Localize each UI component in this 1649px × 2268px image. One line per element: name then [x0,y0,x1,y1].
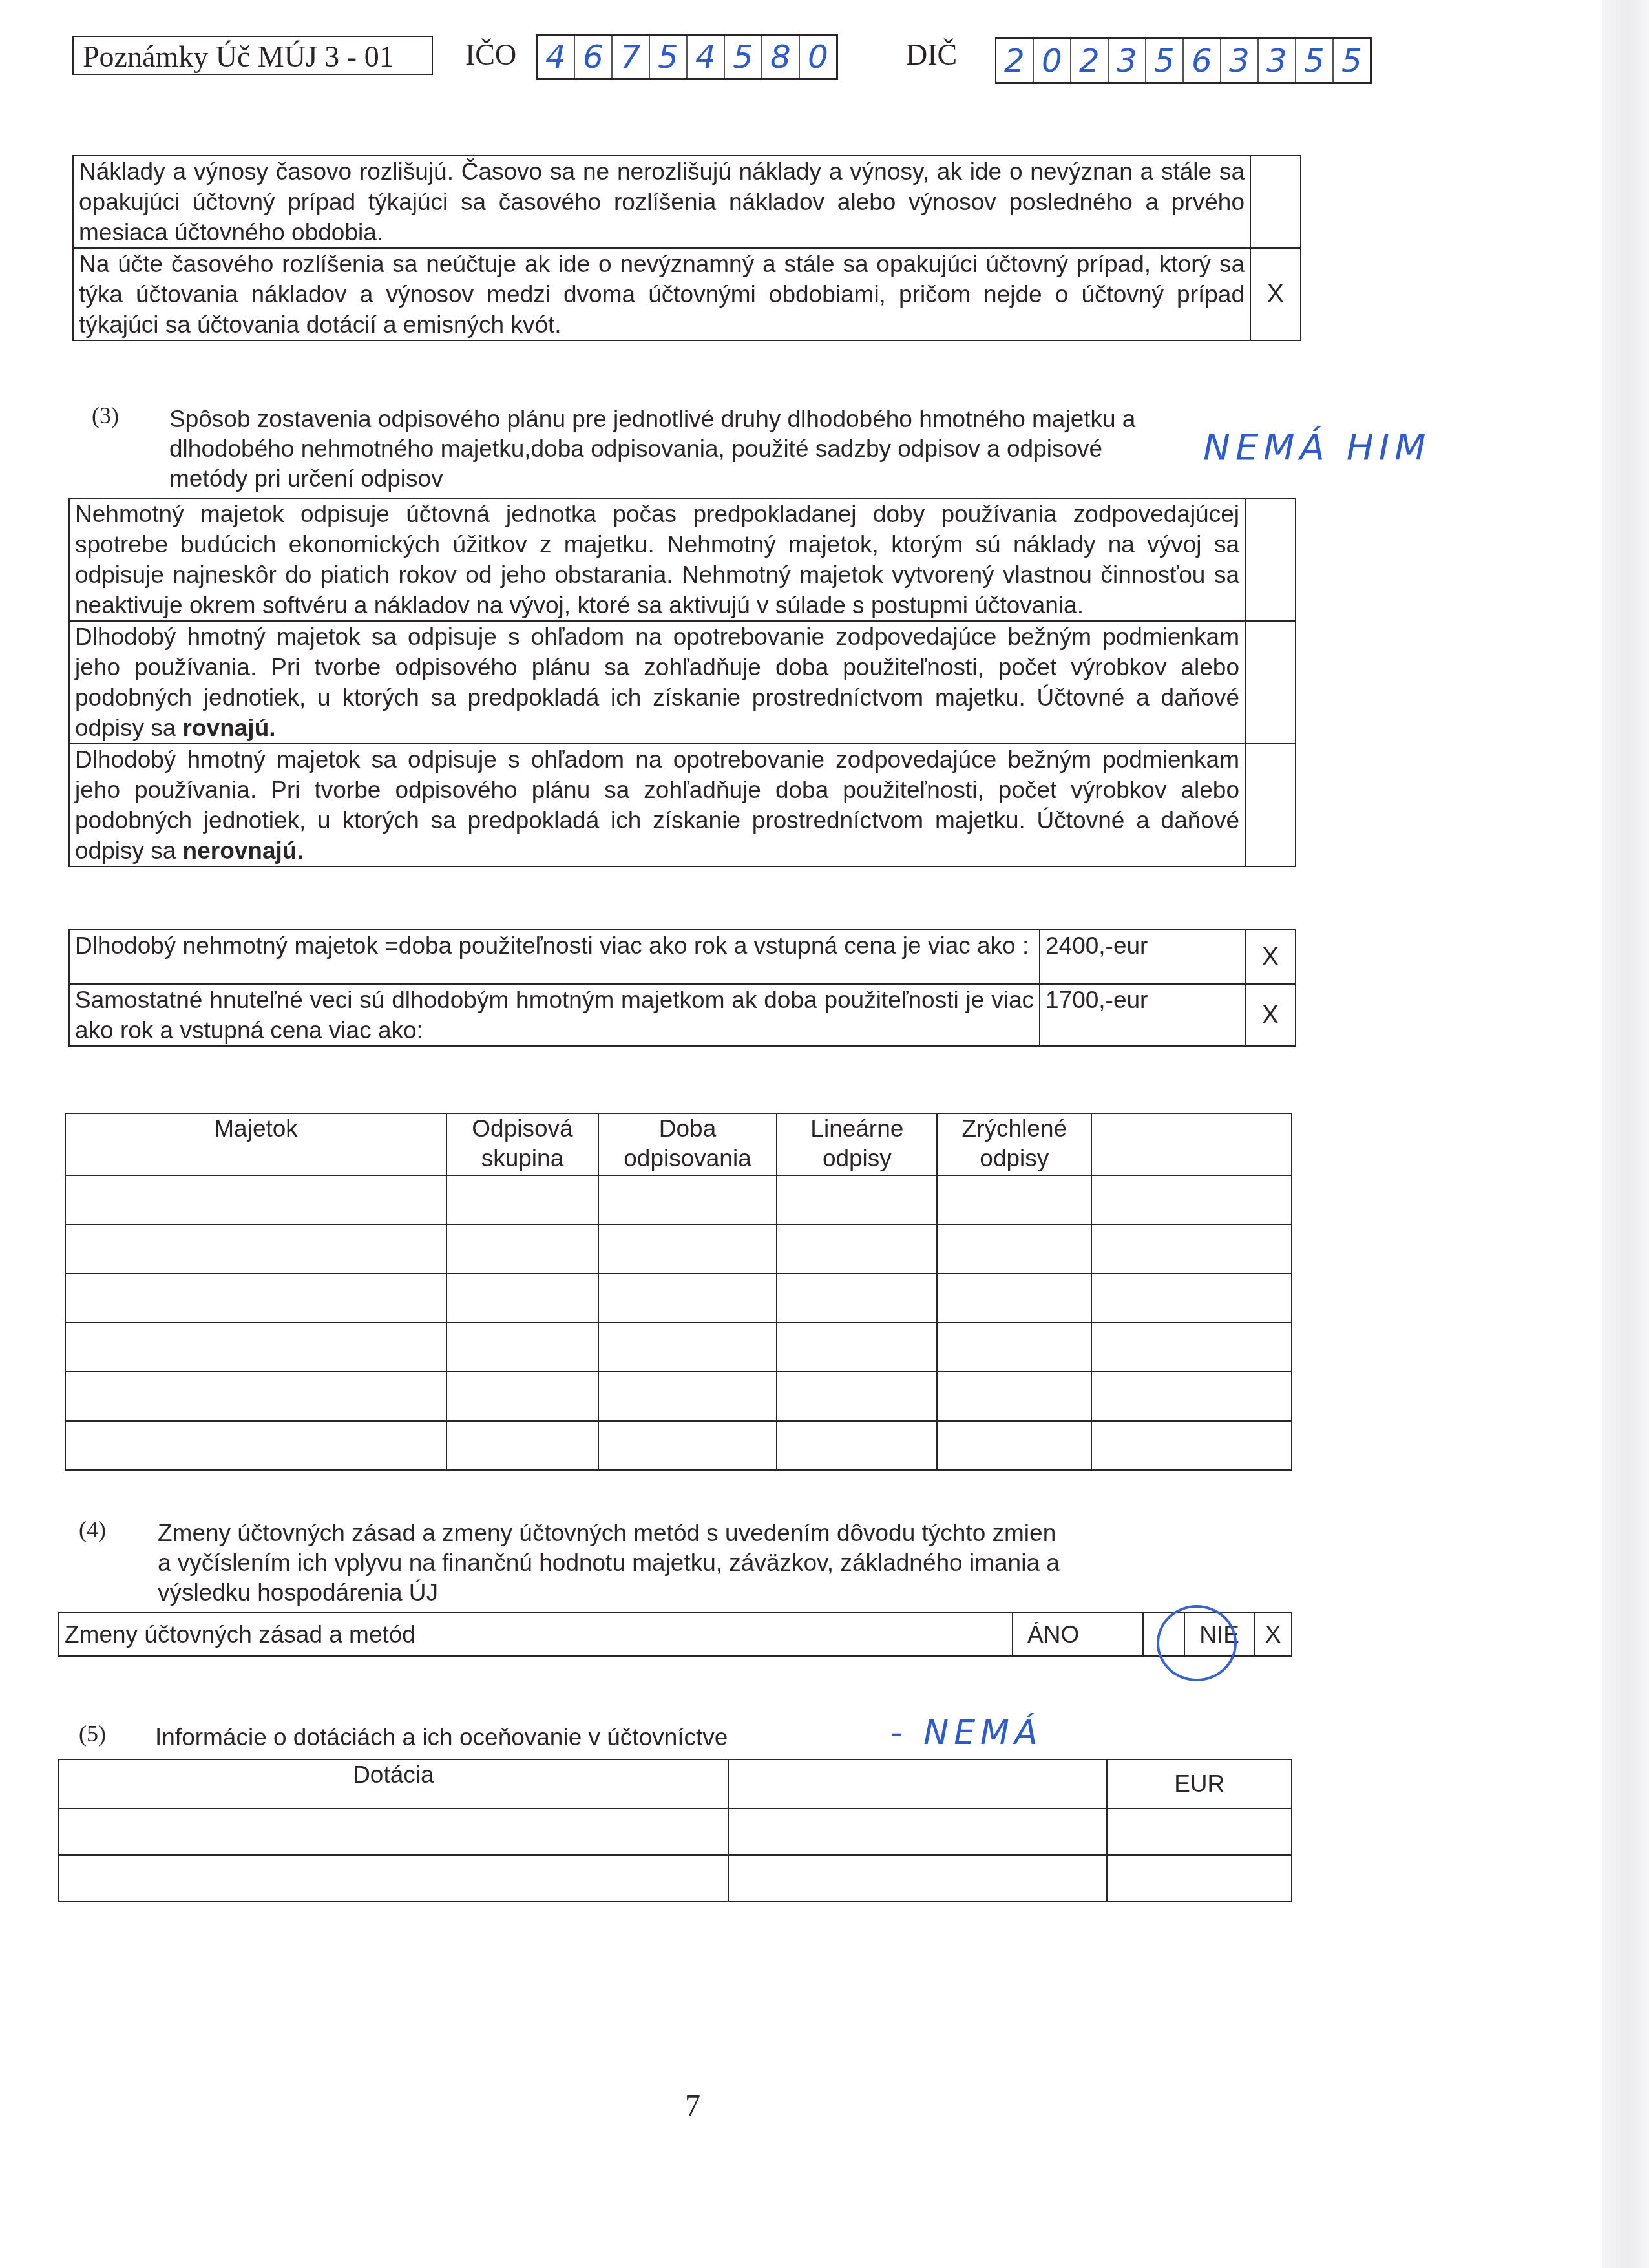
asset-cell[interactable] [777,1274,937,1323]
column-header: Dotácia [59,1759,728,1809]
column-header: Zrýchlené odpisy [937,1113,1091,1175]
accrual-account-mark[interactable]: X [1250,248,1301,341]
subsidy-cell[interactable] [1107,1809,1292,1855]
policy-text: Dlhodobý hmotný majetok sa odpisuje s oh… [69,744,1245,866]
threshold-mark[interactable]: X [1245,930,1296,984]
column-header: Doba odpisovania [598,1113,777,1175]
section-4-number: (4) [79,1516,106,1543]
threshold-table: Dlhodobý nehmotný majetok =doba použiteľ… [68,929,1296,1047]
asset-cell[interactable] [1091,1421,1292,1470]
option-yes-label: ÁNO [1013,1612,1143,1656]
asset-cell[interactable] [1091,1372,1292,1421]
dic-digit[interactable]: 0 [1033,39,1070,82]
section-4-title: Zmeny účtovných zásad a zmeny účtovných … [158,1518,1075,1608]
asset-cell[interactable] [65,1323,446,1372]
table-row [65,1323,1292,1372]
table-row: Nehmotný majetok odpisuje účtovná jednot… [69,498,1296,621]
dic-digit[interactable]: 3 [1108,39,1145,82]
changes-label: Zmeny účtovných zásad a metód [59,1612,1013,1656]
dic-digit[interactable]: 3 [1257,39,1295,82]
policy-mark[interactable] [1245,498,1296,621]
ico-digit[interactable]: 0 [799,36,836,78]
dic-field[interactable]: 2023563355 [995,37,1372,84]
asset-cell[interactable] [598,1421,777,1470]
column-header [728,1759,1108,1809]
asset-cell[interactable] [937,1175,1091,1224]
table-row: Samostatné hnuteľné veci sú dlhodobým hm… [69,984,1296,1046]
dic-digit[interactable]: 5 [1332,39,1370,82]
asset-cell[interactable] [446,1421,598,1470]
policy-text: Nehmotný majetok odpisuje účtovná jednot… [69,498,1245,621]
table-row [65,1372,1292,1421]
scan-edge-shadow [1602,0,1649,2268]
subsidy-table: DotáciaEUR [58,1759,1292,1902]
ico-digit[interactable]: 4 [538,36,574,78]
policy-text: Dlhodobý hmotný majetok sa odpisuje s oh… [69,621,1245,744]
policy-sentence: Nehmotný majetok odpisuje účtovná jednot… [75,501,1239,618]
asset-cell[interactable] [777,1175,937,1224]
ico-label: IČO [465,37,516,72]
asset-cell[interactable] [937,1274,1091,1323]
table-row [59,1855,1292,1902]
asset-cell[interactable] [777,1372,937,1421]
option-no-mark[interactable]: X [1254,1612,1292,1656]
asset-cell[interactable] [65,1175,446,1224]
dic-label: DIČ [906,37,957,72]
dic-digit[interactable]: 6 [1182,39,1220,82]
selected-option-circle [1157,1605,1237,1681]
policy-conclusion: rovnajú. [183,715,276,741]
asset-cell[interactable] [1091,1224,1292,1274]
asset-cell[interactable] [65,1421,446,1470]
table-row: Náklady a výnosy časovo rozlišujú. Časov… [73,156,1301,248]
ico-digit[interactable]: 5 [724,36,761,78]
subsidy-cell[interactable] [728,1855,1108,1902]
ico-field[interactable]: 46754580 [536,34,838,80]
table-row [65,1274,1292,1323]
dic-digit[interactable]: 5 [1145,39,1182,82]
accrual-policy-mark[interactable] [1250,156,1301,248]
column-header: Majetok [65,1113,446,1175]
dic-digit[interactable]: 2 [996,39,1033,82]
accrual-account-text: Na účte časového rozlíšenia sa neúčtuje … [73,248,1250,341]
table-header-row: MajetokOdpisová skupinaDoba odpisovaniaL… [65,1113,1292,1175]
asset-cell[interactable] [777,1421,937,1470]
asset-cell[interactable] [777,1323,937,1372]
table-header-row: DotáciaEUR [59,1759,1292,1809]
policy-mark[interactable] [1245,621,1296,744]
dic-digit[interactable]: 5 [1295,39,1332,82]
policy-conclusion: nerovnajú. [183,837,304,864]
asset-cell[interactable] [598,1274,777,1323]
asset-cell[interactable] [1091,1323,1292,1372]
form-title: Poznámky Úč MÚJ 3 - 01 [72,36,433,75]
dic-digit[interactable]: 2 [1070,39,1108,82]
table-row [65,1175,1292,1224]
threshold-mark[interactable]: X [1245,984,1296,1046]
table-row: Na účte časového rozlíšenia sa neúčtuje … [73,248,1301,341]
threshold-value[interactable]: 2400,-eur [1040,930,1245,984]
subsidy-cell[interactable] [59,1809,728,1855]
page-number: 7 [685,2088,700,2124]
ico-digit[interactable]: 7 [611,36,649,78]
column-header [1091,1113,1292,1175]
asset-cell[interactable] [65,1372,446,1421]
asset-cell[interactable] [65,1224,446,1274]
handwritten-note-no-assets: NEMÁ HIM [1203,426,1431,468]
table-row: Dlhodobý hmotný majetok sa odpisuje s oh… [69,744,1296,866]
dic-digit[interactable]: 3 [1220,39,1257,82]
asset-cell[interactable] [937,1224,1091,1274]
ico-digit[interactable]: 6 [574,36,611,78]
table-row: Dlhodobý hmotný majetok sa odpisuje s oh… [69,621,1296,744]
asset-cell[interactable] [598,1224,777,1274]
ico-digit[interactable]: 5 [649,36,686,78]
table-row [59,1809,1292,1855]
asset-cell[interactable] [937,1323,1091,1372]
table-row: Dlhodobý nehmotný majetok =doba použiteľ… [69,930,1296,984]
asset-cell[interactable] [598,1323,777,1372]
asset-cell[interactable] [446,1323,598,1372]
asset-depreciation-table: MajetokOdpisová skupinaDoba odpisovaniaL… [65,1113,1292,1471]
section-5-title: Informácie o dotáciách a ich oceňovanie … [155,1723,728,1752]
asset-cell[interactable] [1091,1274,1292,1323]
subsidy-cell[interactable] [59,1855,728,1902]
ico-digit[interactable]: 8 [761,36,799,78]
threshold-description: Samostatné hnuteľné veci sú dlhodobým hm… [69,984,1040,1046]
section-5-number: (5) [79,1720,106,1747]
column-header: EUR [1107,1759,1292,1809]
subsidy-cell[interactable] [1107,1855,1292,1902]
column-header: Odpisová skupina [446,1113,598,1175]
section-3-title: Spôsob zostavenia odpisového plánu pre j… [169,404,1145,494]
policy-mark[interactable] [1245,744,1296,866]
asset-cell[interactable] [446,1372,598,1421]
table-row: Zmeny účtovných zásad a metód ÁNO NIE X [59,1612,1292,1656]
asset-cell[interactable] [598,1175,777,1224]
asset-cell[interactable] [446,1175,598,1224]
asset-cell[interactable] [937,1421,1091,1470]
accounting-changes-table: Zmeny účtovných zásad a metód ÁNO NIE X [58,1612,1292,1657]
table-row [65,1224,1292,1274]
depreciation-policy-table: Nehmotný majetok odpisuje účtovná jednot… [68,498,1296,867]
asset-cell[interactable] [446,1224,598,1274]
column-header: Lineárne odpisy [777,1113,937,1175]
subsidy-cell[interactable] [728,1809,1108,1855]
asset-cell[interactable] [65,1274,446,1323]
threshold-description: Dlhodobý nehmotný majetok =doba použiteľ… [69,930,1040,984]
threshold-value[interactable]: 1700,-eur [1040,984,1245,1046]
ico-digit[interactable]: 4 [686,36,724,78]
asset-cell[interactable] [777,1224,937,1274]
accruals-table: Náklady a výnosy časovo rozlišujú. Časov… [72,155,1301,341]
asset-cell[interactable] [446,1274,598,1323]
table-row [65,1421,1292,1470]
handwritten-note-no-subsidies: - NEMÁ [890,1714,1042,1752]
asset-cell[interactable] [937,1372,1091,1421]
accrual-policy-text: Náklady a výnosy časovo rozlišujú. Časov… [73,156,1250,248]
asset-cell[interactable] [1091,1175,1292,1224]
asset-cell[interactable] [598,1372,777,1421]
section-3-number: (3) [92,402,119,429]
